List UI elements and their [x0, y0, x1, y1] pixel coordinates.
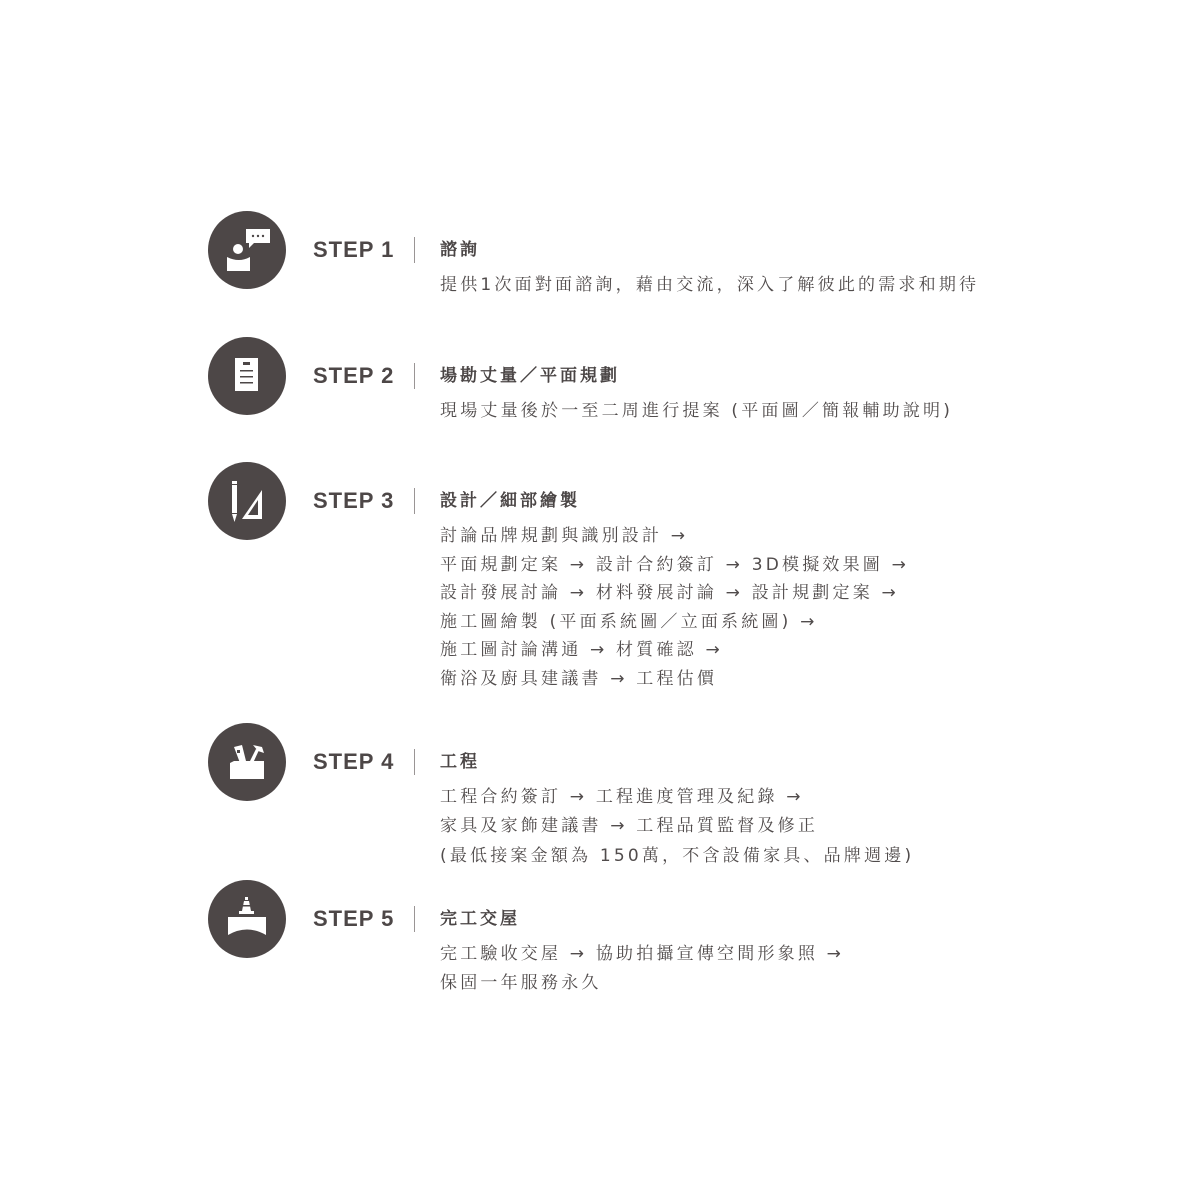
description-line: 討論品牌規劃與識別設計 →: [440, 522, 909, 551]
description-line: 施工圖繪製 (平面系統圖／立面系統圖) →: [440, 608, 909, 637]
step-title: 設計／細部繪製: [440, 490, 580, 512]
step-label: STEP 5: [313, 906, 394, 932]
divider: [414, 363, 415, 389]
description-line: 工程合約簽訂 → 工程進度管理及紀錄 →: [440, 783, 914, 812]
description-line: 設計發展討論 → 材料發展討論 → 設計規劃定案 →: [440, 579, 909, 608]
step-description: 提供1次面對面諮詢，藉由交流，深入了解彼此的需求和期待: [440, 271, 979, 300]
toolbox-icon: [208, 723, 286, 801]
description-line: 保固一年服務永久: [440, 969, 844, 998]
description-line: 施工圖討論溝通 → 材質確認 →: [440, 636, 909, 665]
description-line: 家具及家飾建議書 → 工程品質監督及修正: [440, 812, 914, 841]
clipboard-document-icon: [208, 337, 286, 415]
step-title: 完工交屋: [440, 908, 520, 930]
step-description: 工程合約簽訂 → 工程進度管理及紀錄 → 家具及家飾建議書 → 工程品質監督及修…: [440, 783, 914, 871]
description-line: 提供1次面對面諮詢，藉由交流，深入了解彼此的需求和期待: [440, 271, 979, 300]
description-line: (最低接案金額為 150萬，不含設備家具、品牌週邊): [440, 842, 914, 871]
step-description: 討論品牌規劃與識別設計 → 平面規劃定案 → 設計合約簽訂 → 3D模擬效果圖 …: [440, 522, 909, 693]
divider: [414, 488, 415, 514]
step-title: 場勘丈量／平面規劃: [440, 365, 620, 387]
description-line: 平面規劃定案 → 設計合約簽訂 → 3D模擬效果圖 →: [440, 551, 909, 580]
traffic-cone-handover-icon: [208, 880, 286, 958]
step-label: STEP 3: [313, 488, 394, 514]
step-label: STEP 2: [313, 363, 394, 389]
divider: [414, 749, 415, 775]
description-line: 現場丈量後於一至二周進行提案 (平面圖／簡報輔助說明): [440, 397, 953, 426]
divider: [414, 237, 415, 263]
step-title: 工程: [440, 751, 480, 773]
step-label: STEP 1: [313, 237, 394, 263]
divider: [414, 906, 415, 932]
step-title: 諮詢: [440, 239, 480, 261]
consultation-chat-icon: [208, 211, 286, 289]
step-label: STEP 4: [313, 749, 394, 775]
description-line: 完工驗收交屋 → 協助拍攝宣傳空間形象照 →: [440, 940, 844, 969]
step-description: 完工驗收交屋 → 協助拍攝宣傳空間形象照 → 保固一年服務永久: [440, 940, 844, 997]
pencil-triangle-ruler-icon: [208, 462, 286, 540]
step-description: 現場丈量後於一至二周進行提案 (平面圖／簡報輔助說明): [440, 397, 953, 426]
description-line: 衛浴及廚具建議書 → 工程估價: [440, 665, 909, 694]
